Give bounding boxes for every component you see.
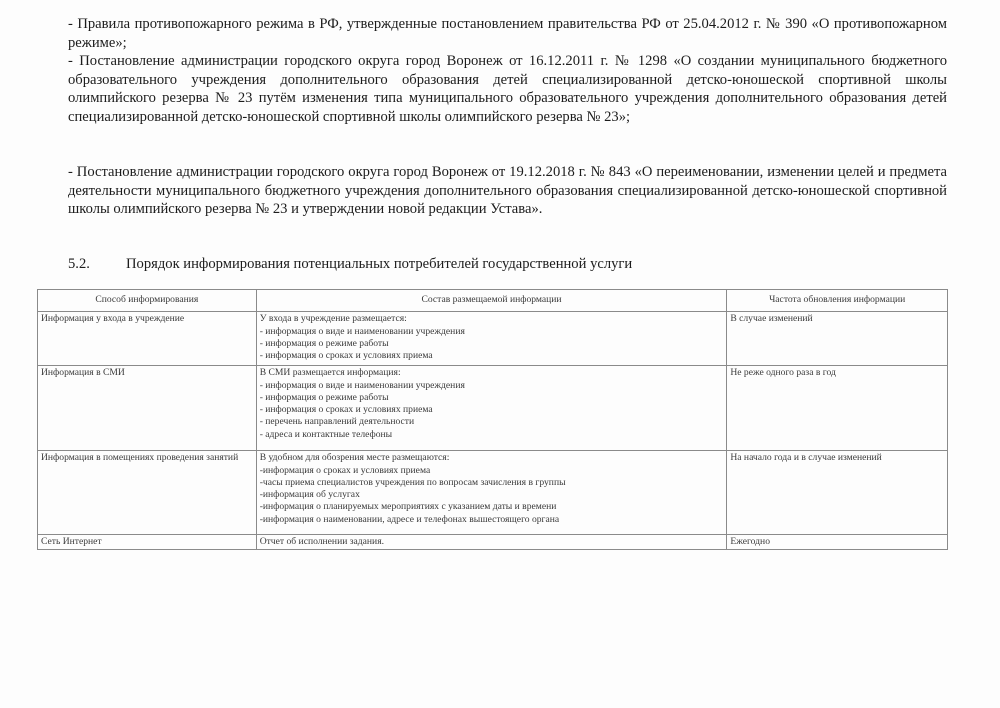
table-row: Информация у входа в учреждение У входа …	[38, 312, 948, 366]
content-line: Отчет об исполнении задания.	[260, 536, 724, 548]
cell-content: В удобном для обозрения месте размещаютс…	[256, 451, 727, 535]
section-number: 5.2.	[68, 255, 126, 273]
cell-frequency: На начало года и в случае изменений	[727, 451, 948, 535]
cell-method: Информация у входа в учреждение	[38, 312, 257, 366]
cell-method: Информация в СМИ	[38, 366, 257, 451]
header-content: Состав размещаемой информации	[256, 290, 727, 312]
cell-content: Отчет об исполнении задания.	[256, 535, 727, 549]
table-header-row: Способ информирования Состав размещаемой…	[38, 290, 948, 312]
table-row: Информация в СМИ В СМИ размещается инфор…	[38, 366, 948, 451]
cell-frequency: Ежегодно	[727, 535, 948, 549]
content-line: - информация о режиме работы	[260, 338, 724, 350]
content-line: В удобном для обозрения месте размещаютс…	[260, 452, 724, 464]
cell-method: Сеть Интернет	[38, 535, 257, 549]
content-line: -информация об услугах	[260, 489, 724, 501]
content-line: В СМИ размещается информация:	[260, 367, 724, 379]
content-line: - информация о сроках и условиях приема	[260, 404, 724, 416]
header-method: Способ информирования	[38, 290, 257, 312]
section-heading: 5.2.Порядок информирования потенциальных…	[68, 255, 632, 273]
header-frequency: Частота обновления информации	[727, 290, 948, 312]
content-line: - информация о виде и наименовании учреж…	[260, 380, 724, 392]
content-line: - перечень направлений деятельности	[260, 416, 724, 428]
content-line: - информация о виде и наименовании учреж…	[260, 326, 724, 338]
cell-content: В СМИ размещается информация: - информац…	[256, 366, 727, 451]
cell-method: Информация в помещениях проведения занят…	[38, 451, 257, 535]
information-table: Способ информирования Состав размещаемой…	[37, 289, 948, 550]
content-line: - информация о режиме работы	[260, 392, 724, 404]
section-title: Порядок информирования потенциальных пот…	[126, 256, 632, 272]
cell-content: У входа в учреждение размещается: - инфо…	[256, 312, 727, 366]
content-line: -информация о наименовании, адресе и тел…	[260, 514, 724, 526]
cell-frequency: В случае изменений	[727, 312, 948, 366]
content-line: - адреса и контактные телефоны	[260, 429, 724, 441]
table-row: Информация в помещениях проведения занят…	[38, 451, 948, 535]
content-line: -часы приема специалистов учреждения по …	[260, 477, 724, 489]
paragraph-resolution-843: - Постановление администрации городского…	[68, 163, 947, 219]
content-line: -информация о сроках и условиях приема	[260, 465, 724, 477]
content-line: - информация о сроках и условиях приема	[260, 350, 724, 362]
paragraph-resolution-1298: - Постановление администрации городского…	[68, 52, 947, 126]
content-line: У входа в учреждение размещается:	[260, 313, 724, 325]
content-line: -информация о планируемых мероприятиях с…	[260, 501, 724, 513]
paragraph-fire-safety-rules: - Правила противопожарного режима в РФ, …	[68, 15, 947, 52]
cell-frequency: Не реже одного раза в год	[727, 366, 948, 451]
table-row: Сеть Интернет Отчет об исполнении задани…	[38, 535, 948, 549]
